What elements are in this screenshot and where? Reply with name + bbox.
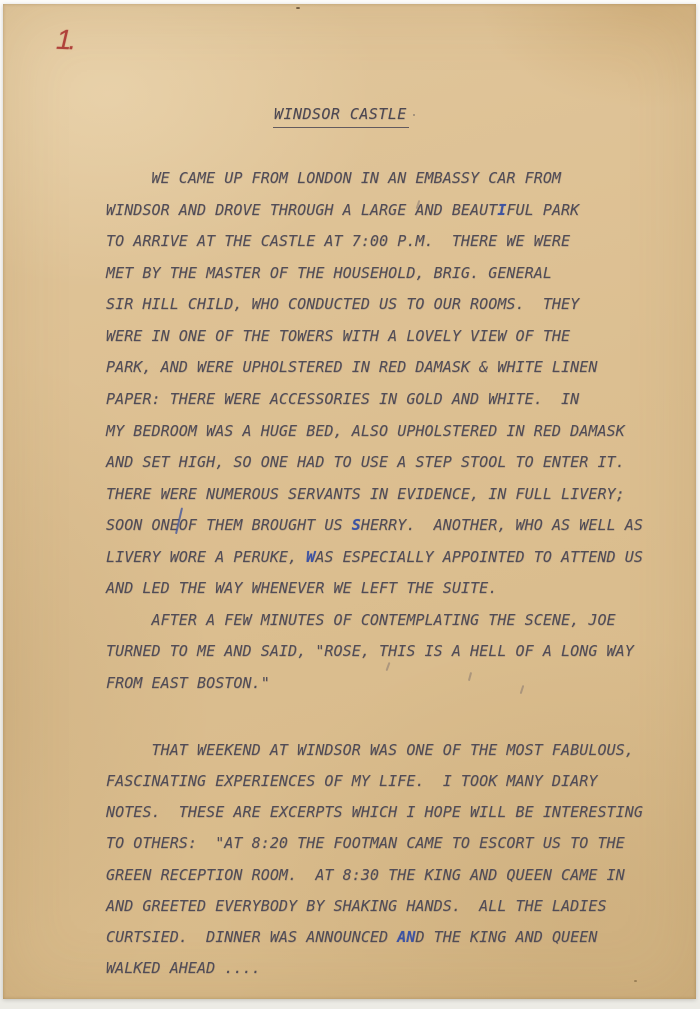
typed-line: WINDSOR AND DROVE THROUGH A LARGE AND BE… bbox=[106, 201, 579, 219]
typed-text: FASCINATING EXPERIENCES OF MY LIFE. I TO… bbox=[106, 772, 597, 790]
typed-text: D THE KING AND QUEEN bbox=[415, 928, 597, 946]
typed-text: TO ARRIVE AT THE CASTLE AT 7:00 P.M. THE… bbox=[106, 232, 570, 250]
typed-text: MET BY THE MASTER OF THE HOUSEHOLD, BRIG… bbox=[106, 264, 552, 282]
red-page-number-mark: 1. bbox=[56, 26, 74, 55]
typed-text: THERE WERE NUMEROUS SERVANTS IN EVIDENCE… bbox=[106, 485, 625, 503]
typed-text: GREEN RECEPTION ROOM. AT 8:30 THE KING A… bbox=[106, 866, 625, 884]
typed-line: NOTES. THESE ARE EXCERPTS WHICH I HOPE W… bbox=[106, 803, 643, 821]
paper-fleck bbox=[634, 980, 637, 982]
typed-text: AND LED THE WAY WHENEVER WE LEFT THE SUI… bbox=[106, 579, 497, 597]
typed-text: NOTES. THESE ARE EXCERPTS WHICH I HOPE W… bbox=[106, 803, 643, 821]
scanned-typescript-screenshot: { "document": { "page_number_mark": "1."… bbox=[0, 0, 700, 1009]
typed-text: SIR HILL CHILD, WHO CONDUCTED US TO OUR … bbox=[106, 295, 579, 313]
typed-line: SIR HILL CHILD, WHO CONDUCTED US TO OUR … bbox=[106, 295, 579, 313]
stray-typewriter-tick bbox=[520, 685, 524, 694]
typed-text: OF THEM BROUGHT US bbox=[179, 516, 352, 534]
typed-text: LIVERY WORE A PERUKE, bbox=[106, 548, 306, 566]
paper-fleck bbox=[413, 114, 415, 116]
typed-line: TO OTHERS: "AT 8:20 THE FOOTMAN CAME TO … bbox=[106, 834, 625, 852]
typed-text: WALKED AHEAD .... bbox=[106, 959, 261, 977]
typed-line: WE CAME UP FROM LONDON IN AN EMBASSY CAR… bbox=[106, 169, 561, 187]
typed-line: PARK, AND WERE UPHOLSTERED IN RED DAMASK… bbox=[106, 358, 597, 376]
typed-line: WERE IN ONE OF THE TOWERS WITH A LOVELY … bbox=[106, 327, 570, 345]
blue-ink-correction: AN bbox=[397, 928, 415, 946]
title-block: WINDSOR CASTLE bbox=[273, 104, 409, 128]
typed-text: AND GREETED EVERYBODY BY SHAKING HANDS. … bbox=[106, 897, 607, 915]
typed-line: MY BEDROOM WAS A HUGE BED, ALSO UPHOLSTE… bbox=[106, 422, 625, 440]
typed-text: PAPER: THERE WERE ACCESSORIES IN GOLD AN… bbox=[106, 390, 579, 408]
typescript-page: 1. WINDSOR CASTLE WE CAME UP FROM LONDON… bbox=[3, 4, 696, 999]
typed-line: AFTER A FEW MINUTES OF CONTEMPLATING THE… bbox=[106, 611, 616, 629]
typed-text: PARK, AND WERE UPHOLSTERED IN RED DAMASK… bbox=[106, 358, 597, 376]
typed-text: WE CAME UP FROM LONDON IN AN EMBASSY CAR… bbox=[106, 169, 561, 187]
blue-ink-correction: S bbox=[352, 516, 361, 534]
typed-line: TO ARRIVE AT THE CASTLE AT 7:00 P.M. THE… bbox=[106, 232, 570, 250]
typed-text: AND SET HIGH, SO ONE HAD TO USE A STEP S… bbox=[106, 453, 625, 471]
typed-text: THAT WEEKEND AT WINDSOR WAS ONE OF THE M… bbox=[106, 741, 634, 759]
typed-line: GREEN RECEPTION ROOM. AT 8:30 THE KING A… bbox=[106, 866, 625, 884]
typed-line: FROM EAST BOSTON." bbox=[106, 674, 270, 692]
typed-line: CURTSIED. DINNER WAS ANNOUNCED AND THE K… bbox=[106, 928, 597, 946]
typed-text: TO OTHERS: "AT 8:20 THE FOOTMAN CAME TO … bbox=[106, 834, 625, 852]
typed-line: THERE WERE NUMEROUS SERVANTS IN EVIDENCE… bbox=[106, 485, 625, 503]
typed-line: TURNED TO ME AND SAID, "ROSE, THIS IS A … bbox=[106, 642, 634, 660]
typed-text: TURNED TO ME AND SAID, "ROSE, THIS IS A … bbox=[106, 642, 634, 660]
blue-ink-correction: W bbox=[306, 548, 315, 566]
typed-line: FASCINATING EXPERIENCES OF MY LIFE. I TO… bbox=[106, 772, 597, 790]
typed-text: AFTER A FEW MINUTES OF CONTEMPLATING THE… bbox=[106, 611, 616, 629]
stray-typewriter-tick bbox=[468, 672, 472, 681]
typed-text: FROM EAST BOSTON." bbox=[106, 674, 270, 692]
typed-text: AS ESPECIALLY APPOINTED TO ATTEND US bbox=[315, 548, 643, 566]
typed-text: SOON ONE bbox=[106, 516, 179, 534]
typed-text: HERRY. ANOTHER, WHO AS WELL AS bbox=[361, 516, 643, 534]
paper-fleck bbox=[296, 7, 300, 9]
typed-line: THAT WEEKEND AT WINDSOR WAS ONE OF THE M… bbox=[106, 741, 634, 759]
typed-line: LIVERY WORE A PERUKE, WAS ESPECIALLY APP… bbox=[106, 548, 643, 566]
stray-typewriter-tick bbox=[386, 662, 390, 671]
typed-text: CURTSIED. DINNER WAS ANNOUNCED bbox=[106, 928, 397, 946]
page-title: WINDSOR CASTLE bbox=[273, 105, 409, 128]
typed-line: WALKED AHEAD .... bbox=[106, 959, 261, 977]
typed-text: MY BEDROOM WAS A HUGE BED, ALSO UPHOLSTE… bbox=[106, 422, 625, 440]
typed-line: MET BY THE MASTER OF THE HOUSEHOLD, BRIG… bbox=[106, 264, 552, 282]
typed-line: AND LED THE WAY WHENEVER WE LEFT THE SUI… bbox=[106, 579, 497, 597]
typed-line: PAPER: THERE WERE ACCESSORIES IN GOLD AN… bbox=[106, 390, 579, 408]
typed-text: WINDSOR AND DROVE THROUGH A LARGE AND BE… bbox=[106, 201, 497, 219]
typed-line: AND GREETED EVERYBODY BY SHAKING HANDS. … bbox=[106, 897, 607, 915]
typed-line: SOON ONEOF THEM BROUGHT US SHERRY. ANOTH… bbox=[106, 516, 643, 534]
typed-text: WERE IN ONE OF THE TOWERS WITH A LOVELY … bbox=[106, 327, 570, 345]
typed-line: AND SET HIGH, SO ONE HAD TO USE A STEP S… bbox=[106, 453, 625, 471]
typed-text: FUL PARK bbox=[506, 201, 579, 219]
